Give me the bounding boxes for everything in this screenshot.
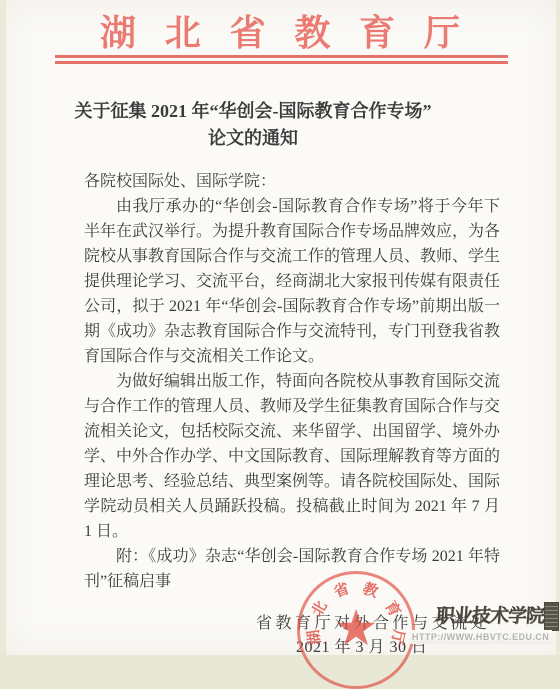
- scanned-document-page: 湖北省教育厅 关于征集 2021 年“华创会-国际教育合作专场” 论文的通知 各…: [0, 0, 560, 655]
- document-title-line2: 论文的通知: [18, 125, 488, 152]
- letterhead-double-rule: [55, 55, 508, 58]
- watermark-url: HTTP://WWW.HBVTC.EDU.CN: [409, 630, 552, 644]
- salutation: 各院校国际处、国际学院：: [84, 169, 500, 194]
- seal-char: 厅: [387, 628, 410, 646]
- body-paragraph-2: 为做好编辑出版工作，特面向各院校从事教育国际交流与合作工作的管理人员、教师及学生…: [84, 369, 500, 544]
- document-body: 各院校国际处、国际学院： 由我厅承办的“华创会-国际教育合作专场”将于今年下半年…: [84, 169, 500, 594]
- seal-star-icon: ★: [334, 603, 379, 653]
- document-title-line1: 关于征集 2021 年“华创会-国际教育合作专场”: [18, 98, 488, 125]
- scan-edge-right: [556, 0, 560, 655]
- seal-char: 北: [306, 597, 332, 621]
- watermark-logo-icon: [544, 602, 559, 631]
- scan-edge-left: [0, 0, 6, 655]
- document-title: 关于征集 2021 年“华创会-国际教育合作专场” 论文的通知: [18, 98, 488, 152]
- body-paragraph-1: 由我厅承办的“华创会-国际教育合作专场”将于今年下半年在武汉举行。为提升教育国际…: [84, 194, 500, 369]
- watermark-calligraphy: 职业技术学院: [435, 601, 545, 628]
- letterhead-agency-name: 湖北省教育厅: [0, 5, 560, 56]
- attachment-note: 附：《成功》杂志“华创会-国际教育合作专场 2021 年特刊”征稿启事: [84, 544, 500, 594]
- seal-char: 育: [380, 597, 406, 621]
- seal-char: 湖: [302, 628, 325, 646]
